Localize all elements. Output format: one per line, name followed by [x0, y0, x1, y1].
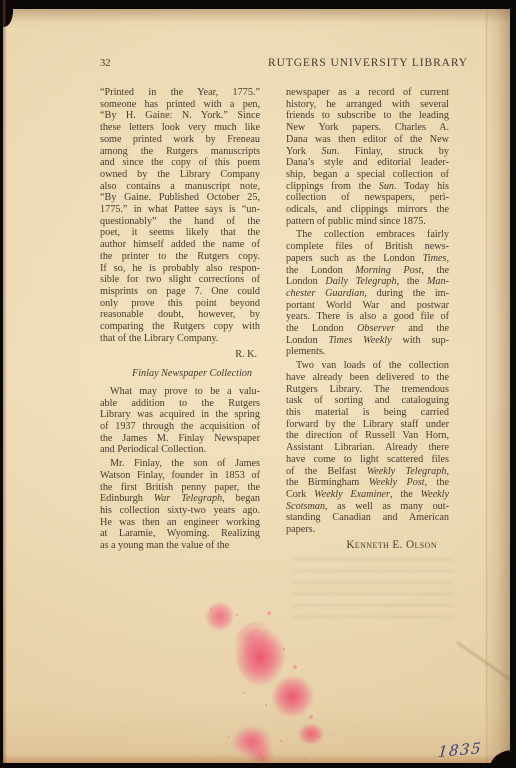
text-line: London Times Weekly with sup- [286, 335, 449, 347]
text-line: task of sorting and cataloguing [286, 395, 449, 407]
text-line: some printed work by Freneau [100, 134, 260, 146]
text-line: pattern of public mind since 1875. [286, 216, 449, 228]
text-line: his collection sixty-two years ago. [100, 505, 260, 517]
text-line: odicals, and clippings mirrors the [286, 204, 449, 216]
text-line: Assistant Librarian. Already there [286, 442, 449, 454]
scan-border-right [510, 0, 516, 768]
italic-text: Sun [321, 146, 336, 157]
author-signature: Kenneth E. Olson [286, 540, 449, 552]
text-line: have already been delivered to the [286, 372, 449, 384]
italic-text: Observer [357, 323, 395, 334]
right-column: newspaper as a record of currenthistory,… [286, 87, 449, 551]
text-line: What may prove to be a valu- [100, 386, 260, 398]
text-line: have come to light scattered files [286, 454, 449, 466]
text-line: standing Canadian and American [286, 512, 449, 524]
section-heading: Finlay Newspaper Collection [100, 368, 260, 380]
text-line: “Printed in the Year, 1775.” [100, 87, 260, 99]
text-line: plements. [286, 346, 449, 358]
author-initials: R. K. [100, 349, 260, 361]
text-line: “By H. Gaine: N. York.” Since [100, 110, 260, 122]
text-line: the James M. Finlay Newspaper [100, 433, 260, 445]
italic-text: Times Weekly [329, 335, 392, 346]
text-line: questionably” the hand of the [100, 216, 260, 228]
italic-text: Weekly [421, 489, 449, 500]
text-line: these letters look very much like [100, 122, 260, 134]
paragraph: What may prove to be a valu-able additio… [100, 386, 260, 456]
text-line: Library was acquired in the spring [100, 409, 260, 421]
top-edge-shadow [0, 9, 516, 22]
show-through-text [292, 558, 454, 622]
italic-text: Man- [427, 276, 449, 287]
italic-text: Times [423, 253, 447, 264]
text-line: Cork Weekly Examiner, the Weekly [286, 489, 449, 501]
text-line: the London Observer and the [286, 323, 449, 335]
text-line: chester Guardian, during the im- [286, 288, 449, 300]
text-line: at Laramie, Wyoming. Realizing [100, 528, 260, 540]
text-line: New York papers. Charles A. [286, 122, 449, 134]
text-line: Scotsman, as well as many out- [286, 501, 449, 513]
italic-text: Sun [379, 181, 394, 192]
text-line: the London Morning Post, the [286, 265, 449, 277]
text-line: misprints on page 7. One could [100, 286, 260, 298]
text-line: as a young man the value of the [100, 540, 260, 552]
text-line: Mr. Finlay, the son of James [100, 458, 260, 470]
text-line: only prove this point beyond [100, 298, 260, 310]
text-line: papers such as the London Times, [286, 253, 449, 265]
text-line: years. There is also a good file of [286, 311, 449, 323]
italic-text: chester Guardian [286, 288, 364, 299]
text-line: newspaper as a record of current [286, 87, 449, 99]
text-line: owned by the Library Company [100, 169, 260, 181]
text-line: London Daily Telegraph, the Man- [286, 276, 449, 288]
page-header: 32 RUTGERS UNIVERSITY LIBRARY [100, 57, 468, 69]
text-line: complete files of British news- [286, 241, 449, 253]
scan-border-top [0, 0, 516, 9]
text-line: the first British penny paper, the [100, 482, 260, 494]
text-line: and since the copy of this poem [100, 157, 260, 169]
text-line: ship, began a special collection of [286, 169, 449, 181]
text-line: able addition to the Rutgers [100, 398, 260, 410]
italic-text: Weekly Examiner [314, 489, 390, 500]
paragraph: Mr. Finlay, the son of JamesWatson Finla… [100, 458, 260, 552]
paragraph: Two van loads of the collectionhave alre… [286, 360, 449, 536]
paragraph: “Printed in the Year, 1775.”someone has … [100, 87, 260, 344]
text-line: “By Gaine. Published October 25, [100, 192, 260, 204]
text-line: York Sun. Finlay, struck by [286, 146, 449, 158]
right-crease [486, 0, 488, 768]
paragraph: newspaper as a record of currenthistory,… [286, 87, 449, 227]
italic-text: Daily Telegraph [325, 276, 396, 287]
text-line: Dana’s style and editorial leader- [286, 157, 449, 169]
text-line: sible for two slight corrections of [100, 274, 260, 286]
text-line: history, he arranged with several [286, 99, 449, 111]
ink-stain-speckles [210, 608, 212, 610]
text-line: the printer to the Rutgers copy. [100, 251, 260, 263]
text-line: Watson Finlay, founder in 1853 of [100, 470, 260, 482]
bottom-edge-shadow [0, 754, 516, 763]
text-line: that of the Library Company. [100, 333, 260, 345]
text-line: comparing the Rutgers copy with [100, 321, 260, 333]
ink-stain [298, 723, 324, 745]
running-title: RUTGERS UNIVERSITY LIBRARY [268, 57, 468, 69]
text-line: reasonable doubt, however, by [100, 309, 260, 321]
text-line: Dana was then editor of the New [286, 134, 449, 146]
text-line: He was then an engineer working [100, 517, 260, 529]
text-line: and Periodical Collection. [100, 444, 260, 456]
italic-text: War Telegraph [154, 493, 222, 504]
text-line: clippings from the Sun. Today his [286, 181, 449, 193]
italic-text: Scotsman [286, 501, 325, 512]
text-line: papers. [286, 524, 449, 536]
text-line: someone has printed with a pen, [100, 99, 260, 111]
text-line: this material is being carried [286, 407, 449, 419]
left-column: “Printed in the Year, 1775.”someone has … [100, 87, 260, 552]
left-edge-tint [3, 0, 7, 768]
text-line: the Birmingham Weekly Post, the [286, 477, 449, 489]
italic-text: Weekly Post [369, 477, 425, 488]
italic-text: Morning Post [355, 265, 421, 276]
text-line: the direction of Russell Van Horn, [286, 430, 449, 442]
text-line: also contains a manuscript note, [100, 181, 260, 193]
scan-border-bottom [0, 763, 516, 768]
text-line: Two van loads of the collection [286, 360, 449, 372]
text-line: of 1937 through the acquisition of [100, 421, 260, 433]
text-line: portant World War and postwar [286, 300, 449, 312]
italic-text: Weekly Telegraph [367, 466, 447, 477]
text-line: author himself added the name of [100, 239, 260, 251]
paragraph: The collection embraces fairlycomplete f… [286, 229, 449, 358]
text-line: The collection embraces fairly [286, 229, 449, 241]
text-line: forward by the Library staff under [286, 419, 449, 431]
text-line: Edinburgh War Telegraph, began [100, 493, 260, 505]
page-number: 32 [100, 58, 111, 69]
text-line: Rutgers Library. The tremendous [286, 384, 449, 396]
text-line: If so, he is probably also respon- [100, 263, 260, 275]
text-line: 1775.” in what Pattee says is “un- [100, 204, 260, 216]
text-line: collection of newspapers, peri- [286, 192, 449, 204]
text-line: poet, it seems likely that the [100, 227, 260, 239]
text-line: of the Belfast Weekly Telegraph, [286, 466, 449, 478]
text-line: among the Rutgers manuscripts [100, 146, 260, 158]
text-line: friends to subscribe to the leading [286, 110, 449, 122]
scanned-page: 32 RUTGERS UNIVERSITY LIBRARY “Printed i… [0, 0, 516, 768]
